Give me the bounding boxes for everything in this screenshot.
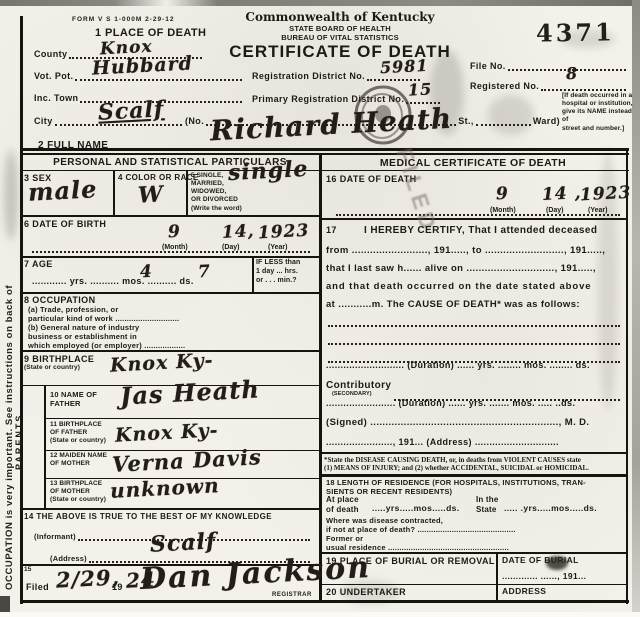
scan-edge-bottom: [0, 612, 640, 617]
father-birthplace-label: 11 BIRTHPLACE OF FATHER (State or countr…: [50, 421, 106, 445]
ward-label: Ward): [533, 116, 560, 126]
mother-name-label: 12 MAIDEN NAME OF MOTHER: [50, 452, 107, 468]
signed-date-address-line: ......................., 191... (Address…: [326, 437, 622, 447]
certify-item-number: 17: [326, 225, 337, 235]
if-less-box-divider: [252, 256, 254, 292]
dob-day-caption: (Day): [222, 244, 240, 251]
contributory-duration-line: ........................ (Duration) ....…: [326, 398, 622, 408]
ward-blank: [476, 113, 531, 126]
undertaker-label: 20 UNDERTAKER: [326, 587, 406, 597]
state-board-line: STATE BOARD OF HEALTH: [210, 24, 470, 33]
contracted-label: Where was disease contracted, if not at …: [326, 516, 624, 534]
dob-year-handwriting: 1923: [258, 221, 310, 244]
signed-line: (Signed) ...............................…: [326, 418, 622, 429]
burial-date-blank-line: ............. ......, 191...: [502, 572, 586, 582]
footnote-bottom-rule: [321, 474, 626, 477]
scan-artifact: [0, 596, 10, 612]
row7-bottom-rule: [20, 292, 319, 294]
informant-label: (Informant): [34, 532, 76, 541]
father-name-label: 10 NAME OF FATHER: [50, 390, 97, 408]
birthplace-handwriting: Knox Ky-: [109, 349, 214, 376]
occupation-sub-label: (a) Trade, profession, or particular kin…: [28, 305, 308, 350]
dod-month-handwriting: 9: [495, 184, 509, 205]
dod-day-caption: (Day): [546, 207, 564, 214]
certify-heading: I HEREBY CERTIFY, That I attended deceas…: [364, 225, 597, 237]
at-place-units: .....yrs.....mos.....ds.: [372, 504, 460, 514]
header-divider-rule2: [20, 153, 629, 155]
at-place-label: At place of death: [326, 495, 359, 514]
dod-year-handwriting: 1923: [580, 183, 632, 206]
inctown-label: Inc. Town: [34, 93, 78, 103]
birthplace-label: 9 BIRTHPLACE: [24, 354, 94, 364]
registered-no-handwriting: 8: [566, 64, 579, 84]
attest-label: 14 THE ABOVE IS TRUE TO THE BEST OF MY K…: [24, 512, 272, 521]
contributory-label: Contributory: [326, 380, 391, 392]
form-border-left: [20, 16, 23, 604]
burial-date-smudge: [546, 556, 568, 570]
certify-line4: at ...........m. The CAUSE OF DEATH* was…: [326, 300, 622, 311]
sex-race-divider: [113, 170, 115, 215]
mother-birthplace-label: 13 BIRTHPLACE OF MOTHER (State or countr…: [50, 480, 106, 504]
column-divider: [319, 153, 322, 600]
parents-strip-divider: [44, 385, 46, 508]
filed-label: Filed: [26, 582, 49, 592]
header-center: Commonwealth of Kentucky STATE BOARD OF …: [210, 10, 470, 62]
street-no-label: (No.: [185, 116, 204, 126]
certificate-title: CERTIFICATE OF DEATH: [210, 42, 470, 62]
registered-no-blank: [541, 78, 626, 91]
informant-address-label: (Address): [50, 554, 87, 563]
race-handwriting: W: [137, 181, 164, 208]
bureau-line: BUREAU OF VITAL STATISTICS: [210, 33, 470, 42]
row5-bottom-rule: [20, 215, 319, 217]
filed-date-handwriting: 2/29,: [55, 564, 120, 592]
form-border-bottom: [20, 600, 629, 603]
violent-causes-footnote: *State the DISEASE CAUSING DEATH, or, in…: [324, 456, 624, 472]
marital-handwriting: single: [227, 156, 309, 186]
cause-blank-rule: [328, 332, 620, 345]
age-label: 7 AGE: [24, 259, 53, 269]
burial-cell-divider: [496, 552, 498, 600]
row6-bottom-rule: [20, 256, 319, 258]
cause-blank-1: [326, 314, 622, 327]
form-code: FORM V S 1-000M 2-29-12: [72, 16, 174, 24]
row16-bottom-rule: [321, 218, 626, 220]
section-title-rule: [20, 170, 629, 171]
dob-month-caption: (Month): [162, 244, 188, 251]
death-certificate-scan: OCCUPATION is very important. See instru…: [0, 0, 640, 617]
commonwealth-title: Commonwealth of Kentucky: [210, 10, 470, 24]
scan-edge-top: [0, 0, 640, 6]
dod-day-handwriting: 14 ,: [542, 183, 582, 205]
dob-day-handwriting: 14,: [221, 221, 255, 243]
undertaker-address-label: ADDRESS: [502, 587, 546, 597]
hospital-note: [If death occurred in a hospital or inst…: [562, 92, 634, 133]
street-suffix-label: St.,: [458, 116, 474, 126]
reg-district-handwriting: 5981: [380, 56, 429, 78]
cause-blank-2: [326, 332, 622, 345]
medical-section-title: MEDICAL CERTIFICATE OF DEATH: [322, 157, 624, 169]
cause-duration-line: ........................... (Duration) .…: [326, 360, 622, 370]
file-no-line: File No.: [470, 58, 628, 71]
row18-bottom-rule: [321, 552, 626, 554]
informant-address-handwriting: Scalf: [149, 528, 217, 557]
reg-district-label: Registration District No.: [252, 71, 365, 81]
occupation-label: 8 OCCUPATION: [24, 295, 95, 305]
age-months-handwriting: 4: [139, 262, 153, 283]
in-state-label: In the State: [476, 495, 499, 514]
certify-line1: from ........................., 191.....…: [326, 246, 622, 257]
row10-bottom-rule: [44, 418, 319, 419]
city-handwriting: Scalf: [97, 96, 165, 125]
dod-month-caption: (Month): [490, 207, 516, 214]
burial-place-label: 19 PLACE OF BURIAL OR REMOVAL: [326, 556, 495, 566]
father-name-handwriting: Jas Heath: [119, 374, 260, 410]
filed-year-prefix: 19: [112, 582, 123, 592]
bleed-smudge: [4, 150, 18, 240]
dob-month-handwriting: 9: [167, 222, 181, 243]
father-birthplace-handwriting: Knox Ky-: [114, 419, 219, 446]
registered-no-line: Registered No.: [470, 78, 628, 91]
dod-year-caption: (Year): [588, 207, 607, 214]
county-label: County: [34, 49, 67, 59]
age-days-handwriting: 7: [197, 262, 211, 283]
certify-line2: that I last saw h...... alive on .......…: [326, 264, 622, 275]
parents-vertical-label: PARENTS: [14, 414, 24, 470]
dod-blank-line: [334, 203, 622, 216]
row19-bottom-rule: [321, 584, 626, 585]
contributory-note: (SECONDARY): [332, 391, 372, 398]
former-residence-label: Former or usual residence ..............…: [326, 534, 624, 552]
dob-label: 6 DATE OF BIRTH: [24, 219, 106, 229]
sex-handwriting: male: [27, 174, 98, 207]
certificate-number-stamp: 4371: [536, 17, 615, 47]
cause-blank-rule: [328, 314, 620, 327]
row13-bottom-rule: [20, 508, 319, 510]
certify-line3: and that death occurred on the date stat…: [326, 282, 622, 293]
dod-blank: [336, 203, 620, 216]
registered-no-label: Registered No.: [470, 81, 539, 91]
registrar-caption: REGISTRAR: [272, 592, 312, 598]
item15-number: 15: [24, 566, 31, 574]
mother-birthplace-handwriting: unknown: [109, 473, 220, 503]
votpot-label: Vot. Pot.: [34, 71, 73, 81]
if-less-note: IF LESS than 1 day ... hrs. or . . . min…: [256, 259, 300, 285]
residence-label: 18 LENGTH OF RESIDENCE (FOR HOSPITALS, I…: [326, 478, 624, 496]
birthplace-note: (State or country): [24, 364, 80, 372]
in-state-units: ..... .yrs.....mos.....ds.: [504, 504, 597, 514]
header-divider-rule: [20, 148, 629, 151]
file-no-label: File No.: [470, 61, 506, 71]
city-label: City: [34, 116, 53, 126]
form-border-right: [626, 148, 628, 604]
dob-year-caption: (Year): [268, 244, 287, 251]
footnote-top-rule: [321, 452, 626, 454]
